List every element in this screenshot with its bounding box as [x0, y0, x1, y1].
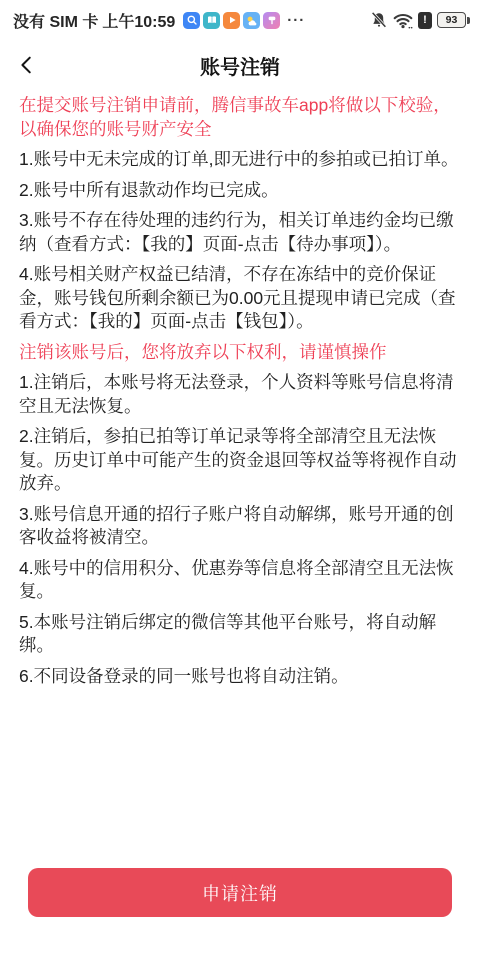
notification-app-icons	[183, 12, 280, 29]
page-title: 账号注销	[200, 51, 280, 80]
sim-alert-icon: !	[418, 12, 432, 29]
time-label: 上午10:59	[102, 9, 175, 32]
rights-item: 3.账号信息开通的招行子账户将自动解绑，账号开通的创客收益将被清空。	[19, 503, 461, 550]
carrier-label: 没有 SIM 卡	[13, 9, 98, 32]
page-header: 账号注销	[0, 36, 480, 94]
weather-icon	[243, 12, 260, 29]
chevron-left-icon	[16, 54, 38, 76]
rights-item: 5.本账号注销后绑定的微信等其他平台账号，将自动解绑。	[19, 611, 461, 658]
back-button[interactable]	[10, 48, 44, 82]
signpost-icon	[263, 12, 280, 29]
bell-muted-icon	[370, 11, 388, 29]
verification-item: 3.账号不存在待处理的违约行为，相关订单违约金均已缴纳（查看方式：【我的】页面-…	[19, 209, 461, 256]
status-bar: 没有 SIM 卡 上午10:59 ···	[0, 0, 480, 36]
verification-item: 2.账号中所有退款动作均已完成。	[19, 179, 461, 203]
battery-icon: 93	[437, 12, 470, 28]
search-icon	[183, 12, 200, 29]
wifi-icon	[393, 11, 413, 30]
rights-item: 1.注销后，本账号将无法登录，个人资料等账号信息将清空且无法恢复。	[19, 371, 461, 418]
cancellation-notice: 在提交账号注销申请前，腾信事故车app将做以下校验，以确保您的账号财产安全 1.…	[0, 94, 480, 688]
play-icon	[223, 12, 240, 29]
rights-item: 2.注销后，参拍已拍等订单记录等将全部清空且无法恢复。历史订单中可能产生的资金退…	[19, 425, 461, 496]
more-notifications-icon: ···	[287, 12, 305, 29]
battery-level: 93	[446, 15, 458, 26]
apply-cancellation-button[interactable]: 申请注销	[28, 868, 452, 917]
rights-warning: 注销该账号后，您将放弃以下权利，请谨慎操作	[19, 341, 461, 365]
verification-intro: 在提交账号注销申请前，腾信事故车app将做以下校验，以确保您的账号财产安全	[19, 94, 461, 141]
verification-item: 4.账号相关财产权益已结清，不存在冻结中的竞价保证金，账号钱包所剩余额已为0.0…	[19, 263, 461, 334]
book-icon	[203, 12, 220, 29]
rights-item: 4.账号中的信用积分、优惠券等信息将全部清空且无法恢复。	[19, 557, 461, 604]
screen: 没有 SIM 卡 上午10:59 ···	[0, 0, 480, 960]
verification-item: 1.账号中无未完成的订单,即无进行中的参拍或已拍订单。	[19, 148, 461, 172]
rights-item: 6.不同设备登录的同一账号也将自动注销。	[19, 665, 461, 689]
